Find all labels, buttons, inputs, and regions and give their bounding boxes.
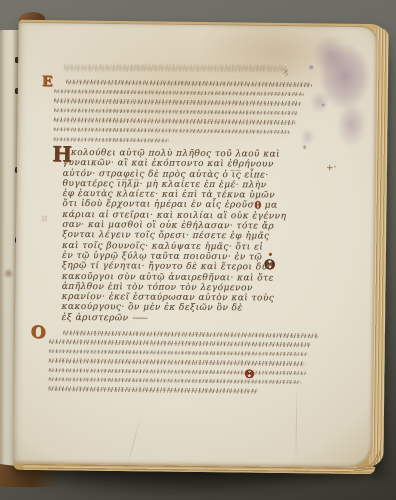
scholia-line (49, 349, 308, 357)
parchment-recto-page: ϗ Ε Η κολούθει αὐτῷ πολὺ πλῆθος τοῦ λαοῦ… (13, 22, 377, 468)
scholia-bottom-block (48, 330, 319, 399)
scholia-line (48, 386, 258, 393)
stain-speck (309, 65, 313, 69)
margin-theta-mark: θ (254, 201, 261, 212)
gutter-stain (4, 268, 13, 279)
manuscript-photograph: ϗ Ε Η κολούθει αὐτῷ πολὺ πλῆθος τοῦ λαοῦ… (0, 0, 396, 500)
scholia-line (54, 108, 298, 115)
scholia-line (66, 79, 312, 87)
left-margin-faint-mark: π (41, 214, 47, 224)
scholia-line (49, 358, 305, 366)
stain-speck (334, 166, 336, 168)
inline-theta-mark: Θ (244, 368, 254, 381)
scholia-top-initial: Ε (42, 74, 53, 90)
scholia-top-block (53, 79, 312, 149)
scholia-line (54, 98, 301, 106)
scholia-line (54, 118, 296, 125)
scholia-line (63, 330, 319, 338)
gospel-line: ἐξ ἀριστερῶν ⸺ (61, 313, 311, 325)
title-end-mark: ϗ (283, 67, 289, 77)
gospel-text-block: κολούθει αὐτῷ πολὺ πλῆθος τοῦ λαοῦ καὶ γ… (61, 148, 312, 325)
codex-page-block: ϗ Ε Η κολούθει αὐτῷ πολὺ πλῆθος τοῦ λαοῦ… (13, 20, 388, 474)
rubric-dot (269, 253, 272, 256)
parchment-crease (126, 412, 142, 470)
stain-speck (322, 103, 325, 106)
margin-cross-mark: + (326, 164, 334, 174)
scholia-line (49, 340, 311, 348)
scholia-line (54, 89, 304, 97)
faded-title-line (64, 64, 286, 72)
margin-theta-mark: Θ (264, 258, 276, 273)
scholia-line (48, 377, 301, 385)
scholia-line (53, 127, 289, 134)
scholia-bottom-initial: Ο (31, 323, 46, 343)
scholia-line (48, 368, 306, 376)
